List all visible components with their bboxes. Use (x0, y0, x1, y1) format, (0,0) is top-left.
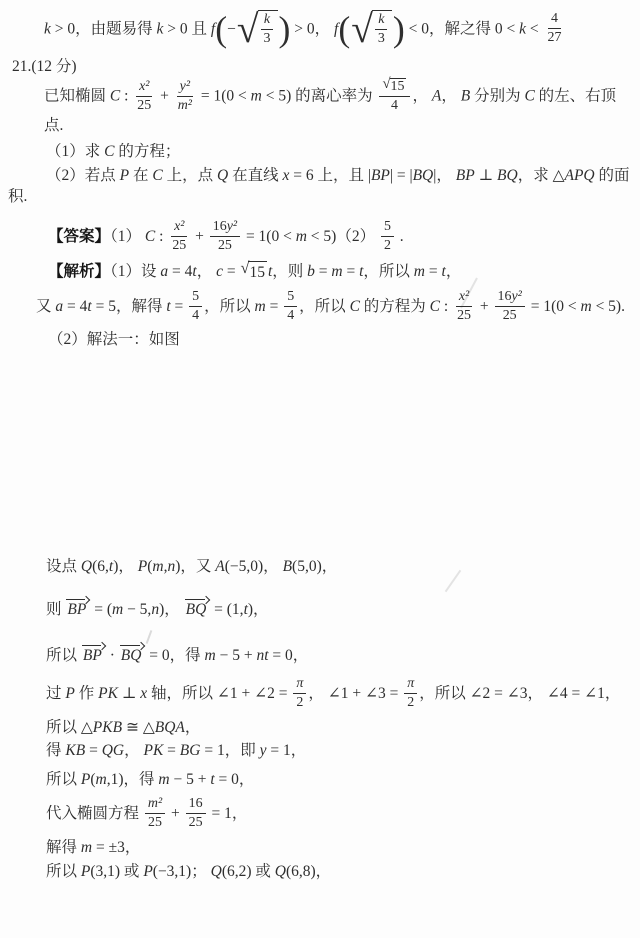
math-var: QG (102, 742, 124, 759)
text-run: 已知椭圆 (44, 88, 110, 105)
text-run: 所以 (46, 647, 81, 664)
radicand: k3 (258, 10, 278, 48)
fraction-denominator: 2 (381, 237, 394, 254)
fraction-denominator: 25 (145, 814, 165, 831)
text-run: < 0，解之得 0 < (405, 20, 519, 37)
sqrt-radical: √15 (383, 78, 407, 95)
text-run: − 5 + (216, 647, 257, 664)
text-run: 的方程为 (360, 298, 430, 315)
text-run: 3 (264, 31, 271, 47)
text-run: 25 (148, 815, 162, 831)
fraction-numerator: m² (145, 796, 165, 814)
math-fraction: 1625 (186, 796, 206, 831)
math-var: π (407, 676, 414, 692)
text-run: 5 (384, 219, 391, 235)
text-run: 5 (287, 289, 294, 305)
big-paren: ) (393, 9, 405, 49)
math-var: BQ (497, 167, 518, 184)
radical-sign-icon: √ (241, 260, 250, 276)
fraction-numerator: k (261, 12, 273, 30)
text-run: 2 (407, 695, 414, 711)
text-run: − (227, 20, 236, 37)
math-var: A (432, 88, 441, 105)
vector-arrow: BQ (186, 601, 207, 618)
sqrt-radical: √k3 (237, 10, 278, 50)
text-run: = (223, 263, 240, 280)
math-var: C (430, 298, 440, 315)
vector-arrow: BP (67, 601, 86, 618)
math-var: BP (456, 167, 475, 184)
text-run: (3,1) 或 (90, 863, 143, 880)
math-var: P (143, 863, 152, 880)
text-run: 轴，所以 ∠1 + ∠2 = (147, 685, 291, 702)
fraction-numerator: 4 (548, 11, 561, 29)
text-run: = 1(0 < (527, 298, 581, 315)
text-run: < 5) 的离心率为 (262, 88, 377, 105)
math-fraction: π2 (293, 676, 306, 711)
math-var: π (296, 676, 303, 692)
figure-placeholder (6, 351, 634, 556)
line-k-inequality: k > 0，由题易得 k > 0 且 f(−√k3) > 0， f(√k3) <… (44, 10, 634, 50)
text-run: = 0，得 (145, 647, 204, 664)
text-run: )， (248, 601, 269, 618)
line-part1-question: （1）求 C 的方程； (46, 141, 634, 163)
text-run: 16 (189, 796, 203, 812)
math-fraction: 16y²25 (495, 289, 525, 324)
text-run: = (85, 742, 102, 759)
vector-arrow: BP (83, 647, 102, 664)
math-var: y² (180, 79, 190, 95)
text-run: (6,8)， (286, 863, 331, 880)
math-var: C (350, 298, 360, 315)
math-fraction: 427 (544, 11, 564, 46)
text-run: ，所以 (363, 263, 413, 280)
text-run: + (476, 298, 493, 315)
line-set-points: 设点 Q(6,t)， P(m,n)，又 A(−5,0)， B(5,0)， (46, 556, 634, 578)
math-var: PK (98, 685, 118, 702)
text-run: ， (124, 742, 143, 759)
line-answer: 【答案】（1） C : x²25 + 16y²25 = 1(0 < m < 5)… (48, 220, 634, 255)
fraction-denominator: 3 (261, 30, 274, 47)
math-var: C (110, 88, 120, 105)
math-var: m (81, 839, 92, 856)
text-run: ， (185, 719, 201, 736)
math-var: a (55, 298, 63, 315)
math-var: Q (81, 558, 92, 575)
fraction-denominator: 4 (284, 307, 297, 324)
text-run: 2 (384, 238, 391, 254)
text-run: | = | (390, 167, 413, 184)
math-var: nt (256, 647, 268, 664)
math-var: k (264, 12, 270, 28)
math-var: x² (459, 289, 469, 305)
fraction-numerator: 5 (381, 219, 394, 237)
text-run: < 5). (592, 298, 625, 315)
text-run: = (425, 263, 442, 280)
text-run: 在 (129, 167, 152, 184)
text-run: 代入椭圆方程 (46, 805, 143, 822)
radical-sign-icon: √ (237, 10, 259, 50)
text-run: 4 (551, 11, 558, 27)
text-run: (6, (92, 558, 109, 575)
text-run: > 0， (290, 20, 334, 37)
math-var: y² (511, 289, 521, 305)
math-var: C (145, 228, 155, 245)
text-run: 5 (192, 289, 199, 305)
big-paren: ( (215, 9, 227, 49)
text-run: : (440, 298, 452, 315)
math-var: C (104, 143, 114, 160)
text-run: ，所以 ∠2 = ∠3， ∠4 = ∠1， (419, 685, 620, 702)
text-run: + (167, 805, 184, 822)
text-run: |， (433, 167, 455, 184)
text-run: 4 (192, 308, 199, 324)
math-var: m (331, 263, 342, 280)
fraction-numerator: 16 (186, 796, 206, 814)
sqrt-radical: √15 (241, 261, 267, 284)
text-run: (−3,1)； (153, 863, 211, 880)
math-var: m (158, 771, 169, 788)
line-problem-number: 21.(12 分) (12, 56, 634, 78)
math-var: P (65, 685, 74, 702)
scan-artifact (146, 630, 153, 644)
text-run: > 0 且 (163, 20, 211, 37)
line-final-points: 所以 P(3,1) 或 P(−3,1)； Q(6,2) 或 Q(6,8)， (46, 861, 634, 883)
math-var: x² (174, 219, 184, 235)
math-var: BQA (155, 719, 185, 736)
text-run: = (163, 742, 180, 759)
math-var: Q (211, 863, 222, 880)
fraction-denominator: 27 (544, 29, 564, 46)
big-paren: ( (338, 9, 350, 49)
fraction-numerator: 16y² (210, 219, 240, 237)
fraction-denominator: 4 (189, 307, 202, 324)
text-run: （2）若点 (46, 167, 120, 184)
text-run: 在直线 (228, 167, 282, 184)
text-run: = 4 (63, 298, 87, 315)
math-fraction: k3 (261, 12, 274, 47)
document-page: k > 0，由题易得 k > 0 且 f(−√k3) > 0， f(√k3) <… (0, 0, 640, 938)
math-var: P (120, 167, 129, 184)
big-paren: ) (279, 9, 291, 49)
math-var: m (296, 228, 307, 245)
text-run: 25 (218, 238, 232, 254)
text-run: 15 (249, 262, 265, 284)
text-run: 得 (46, 742, 65, 759)
math-fraction: y²m² (175, 79, 195, 114)
math-var: C (152, 167, 162, 184)
text-run: 27 (547, 30, 561, 46)
math-var: BQ (413, 167, 434, 184)
math-var: PK (143, 742, 163, 759)
line-analysis-step2: 又 a = 4t = 5，解得 t = 54，所以 m = 54，所以 C 的方… (36, 290, 634, 325)
text-run: = 1，即 (200, 742, 259, 759)
math-fraction: 16y²25 (210, 219, 240, 254)
radicand: k3 (372, 10, 392, 48)
text-run: 25 (172, 238, 186, 254)
text-run: = 1， (266, 742, 306, 759)
math-var: P (81, 863, 90, 880)
line-substitute-ellipse: 代入椭圆方程 m²25 + 1625 = 1， (46, 797, 634, 832)
bold-label: 【答案】 (48, 228, 110, 245)
fraction-denominator: 4 (388, 97, 401, 114)
math-var: BG (180, 742, 201, 759)
text-run: = 5，解得 (92, 298, 167, 315)
fraction-numerator: x² (171, 219, 187, 237)
text-run: < 5)（2） (307, 228, 379, 245)
math-var: Q (217, 167, 228, 184)
fraction-numerator: k (375, 12, 387, 30)
text-run: = ( (90, 601, 112, 618)
text-run: （1）设 (110, 263, 160, 280)
radical-sign-icon: √ (383, 77, 391, 92)
fraction-denominator: 3 (375, 30, 388, 47)
fraction-numerator: π (293, 676, 306, 694)
math-var: C (524, 88, 534, 105)
text-run: > 0，由题易得 (51, 20, 157, 37)
math-var: k (519, 20, 526, 37)
text-run: 4 (391, 98, 398, 114)
math-var: k (44, 20, 51, 37)
fraction-numerator: 5 (284, 289, 297, 307)
text-run: − 5, (123, 601, 151, 618)
text-run: + (156, 88, 173, 105)
fraction-numerator: x² (456, 289, 472, 307)
text-run: （2）解法一：如图 (48, 331, 180, 348)
text-run: = 0， (215, 771, 255, 788)
radical-sign-icon: √ (351, 10, 373, 50)
text-run: 所以 △ (46, 719, 93, 736)
text-run: = ±3， (92, 839, 140, 856)
fraction-denominator: 25 (169, 237, 189, 254)
text-run: 25 (189, 815, 203, 831)
text-run: （1） (110, 228, 145, 245)
math-var: y² (227, 219, 237, 235)
fraction-numerator: π (404, 676, 417, 694)
text-run: = 4 (168, 263, 192, 280)
text-run: 设点 (46, 558, 81, 575)
text-run: = (315, 263, 332, 280)
math-var: A (215, 558, 224, 575)
text-run: 过 (46, 685, 65, 702)
text-run: 3 (378, 31, 385, 47)
line-congruent-triangles: 所以 △PKB ≅ △BQA， (46, 717, 634, 739)
text-run: ⊥ (118, 685, 140, 702)
math-fraction: x²25 (134, 79, 154, 114)
fraction-numerator: 5 (189, 289, 202, 307)
text-run: 25 (503, 308, 517, 324)
math-var: P (138, 558, 147, 575)
bold-label: 【解析】 (48, 263, 110, 280)
text-run: (5,0)， (292, 558, 337, 575)
math-var: m (112, 601, 123, 618)
line-angles: 过 P 作 PK ⊥ x 轴，所以 ∠1 + ∠2 = π2， ∠1 + ∠3 … (46, 677, 634, 712)
text-run: 又 (36, 298, 55, 315)
math-fraction: 52 (381, 219, 394, 254)
math-fraction: k3 (375, 12, 388, 47)
math-var: m² (148, 796, 162, 812)
text-run: (6,2) 或 (222, 863, 275, 880)
text-run: 25 (137, 98, 151, 114)
text-run: 解得 (46, 839, 81, 856)
math-var: m² (178, 98, 192, 114)
text-run: ，求 △ (518, 167, 565, 184)
text-run: = 1， (208, 805, 248, 822)
math-var: P (81, 771, 90, 788)
math-fraction: π2 (404, 676, 417, 711)
text-run: : (120, 88, 132, 105)
text-run: 25 (457, 308, 471, 324)
text-run: 16 (498, 289, 512, 305)
math-var: B (283, 558, 292, 575)
text-run: 所以 (46, 863, 81, 880)
text-run: ， (412, 88, 431, 105)
text-run: ， ∠1 + ∠3 = (308, 685, 402, 702)
text-run: )， (159, 601, 184, 618)
text-run: 作 (75, 685, 98, 702)
text-run: )，又 (175, 558, 215, 575)
math-var: m (580, 298, 591, 315)
text-run: = (1, (210, 601, 243, 618)
math-var: m (152, 558, 163, 575)
radicand: 15 (248, 261, 267, 284)
text-run: = 1(0 < (197, 88, 251, 105)
text-run: : (155, 228, 167, 245)
math-var: m (96, 771, 107, 788)
math-var: PKB (93, 719, 122, 736)
fraction-numerator: y² (177, 79, 193, 97)
fraction-denominator: 25 (500, 307, 520, 324)
text-run: ， (441, 88, 460, 105)
math-fraction: x²25 (454, 289, 474, 324)
text-run: . (396, 228, 404, 245)
text-run: = (343, 263, 360, 280)
math-var: Q (275, 863, 286, 880)
math-var: KB (65, 742, 85, 759)
text-run: )， (113, 558, 138, 575)
math-var: c (216, 263, 223, 280)
text-run: ≅ △ (122, 719, 155, 736)
vector-arrow: BQ (121, 647, 142, 664)
math-var: APQ (564, 167, 594, 184)
text-run: 21.(12 分) (12, 58, 77, 75)
math-var: b (307, 263, 315, 280)
text-run: ， (197, 263, 216, 280)
math-var: BP (371, 167, 390, 184)
text-run: 所以 (46, 771, 81, 788)
line-point-p: 所以 P(m,1)，得 m − 5 + t = 0， (46, 769, 634, 791)
text-run: ，则 (272, 263, 307, 280)
line-method-one: （2）解法一：如图 (48, 329, 634, 351)
text-run: (−5,0)， (225, 558, 283, 575)
fraction-numerator: x² (136, 79, 152, 97)
math-var: m (251, 88, 262, 105)
text-run: 2 (296, 695, 303, 711)
math-var: B (461, 88, 470, 105)
text-run: （1）求 (46, 143, 104, 160)
text-run: 则 (46, 601, 65, 618)
text-run: ，所以 (299, 298, 349, 315)
text-run: + (191, 228, 208, 245)
math-var: x² (139, 79, 149, 95)
text-run: = 0， (269, 647, 309, 664)
text-run: < (526, 20, 543, 37)
fraction-denominator: 2 (293, 694, 306, 711)
fraction-denominator: 2 (404, 694, 417, 711)
text-run: ，所以 (204, 298, 254, 315)
text-run: ， (446, 263, 462, 280)
fraction-numerator: 16y² (495, 289, 525, 307)
text-run: = 1(0 < (242, 228, 296, 245)
text-run: ,1)，得 (107, 771, 159, 788)
math-fraction: √154 (379, 78, 411, 114)
math-var: n (151, 601, 159, 618)
math-var: m (414, 263, 425, 280)
text-run: − 5 + (170, 771, 211, 788)
math-fraction: m²25 (145, 796, 165, 831)
text-run: 16 (213, 219, 227, 235)
math-var: k (378, 12, 384, 28)
text-run: 15 (391, 79, 405, 95)
text-run: · (106, 647, 119, 664)
fraction-denominator: 25 (134, 97, 154, 114)
fraction-denominator: 25 (454, 307, 474, 324)
text-run: 上，点 (163, 167, 217, 184)
fraction-numerator: √15 (379, 78, 411, 97)
text-run: = 6 上，且 | (289, 167, 371, 184)
line-solve-m: 解得 m = ±3， (46, 837, 634, 859)
text-run: ⊥ (475, 167, 497, 184)
radicand: 15 (390, 78, 407, 95)
text-run: 4 (287, 308, 294, 324)
text-run: = (171, 298, 188, 315)
line-analysis-step1: 【解析】（1）设 a = 4t， c = √15t，则 b = m = t，所以… (48, 261, 634, 284)
line-dot-product: 所以 BP · BQ = 0，得 m − 5 + nt = 0， (46, 645, 634, 667)
line-vectors: 则 BP = (m − 5,n)， BQ = (1,t)， (46, 599, 634, 621)
math-fraction: 54 (189, 289, 202, 324)
math-var: a (160, 263, 168, 280)
math-var: m (205, 647, 216, 664)
sqrt-radical: √k3 (351, 10, 392, 50)
math-var: m (255, 298, 266, 315)
line-segment-equalities: 得 KB = QG， PK = BG = 1，即 y = 1， (46, 740, 634, 762)
fraction-denominator: m² (175, 97, 195, 114)
line-problem-statement: 已知椭圆 C : x²25 + y²m² = 1(0 < m < 5) 的离心率… (44, 79, 634, 137)
math-fraction: x²25 (169, 219, 189, 254)
fraction-denominator: 25 (215, 237, 235, 254)
math-fraction: 54 (284, 289, 297, 324)
text-run: 的方程； (114, 143, 180, 160)
text-run: = (266, 298, 283, 315)
line-part2-question: （2）若点 P 在 C 上，点 Q 在直线 x = 6 上，且 |BP| = |… (8, 165, 634, 208)
fraction-denominator: 25 (186, 814, 206, 831)
text-run: 分别为 (470, 88, 524, 105)
